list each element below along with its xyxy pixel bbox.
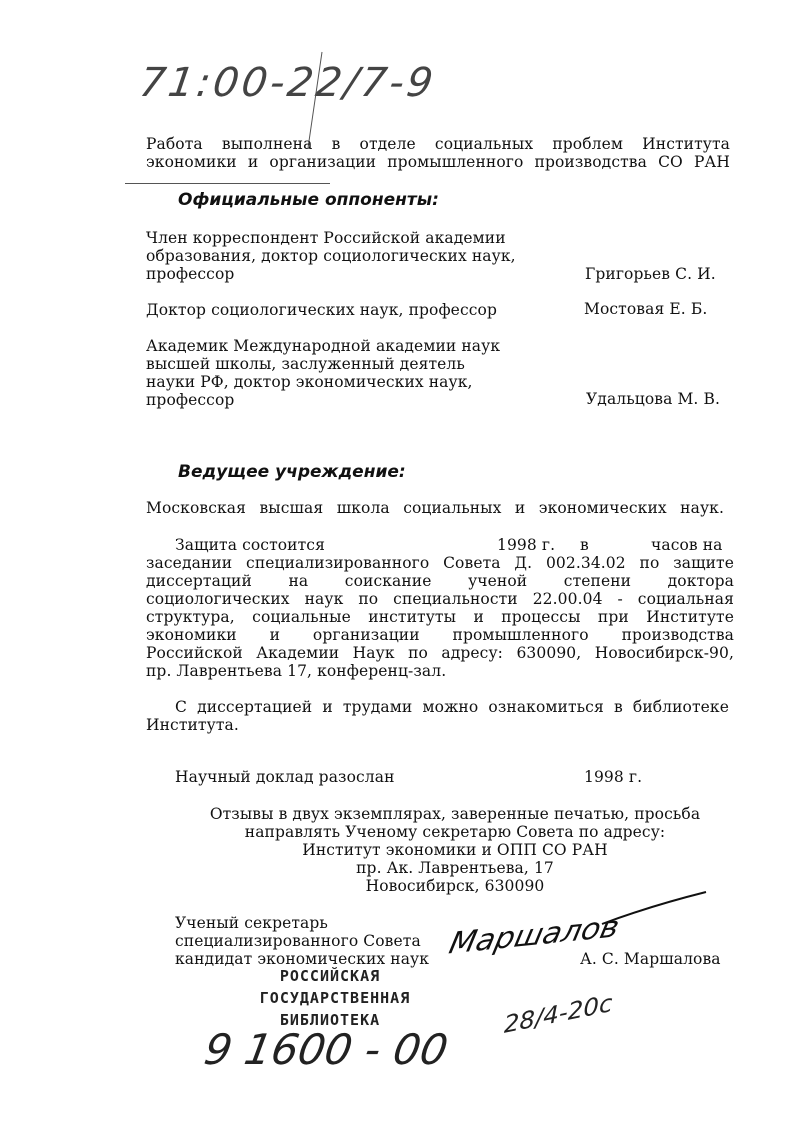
opponent-title-line: профессор: [146, 391, 234, 409]
library-line-1: С диссертацией и трудами можно ознакомит…: [175, 698, 729, 716]
defense-line: экономики и организации промышленного пр…: [146, 626, 734, 644]
library-stamp-line: РОССИЙСКАЯ: [250, 967, 410, 985]
leading-org-text: Московская высшая школа социальных и эко…: [146, 499, 724, 517]
opponent-title-line: науки РФ, доктор экономических наук,: [146, 373, 473, 391]
secretary-line: специализированного Совета: [175, 932, 421, 950]
defense-line: диссертаций на соискание ученой степени …: [146, 572, 734, 590]
opponent-name: Удальцова М. В.: [586, 390, 720, 408]
defense-last-line: пр. Лаврентьева 17, конференц-зал.: [146, 662, 446, 680]
opponents-heading: Официальные оппоненты:: [178, 190, 439, 210]
reviews-line: направлять Ученому секретарю Совета по а…: [150, 823, 760, 841]
defense-line: социологических наук по специальности 22…: [146, 590, 734, 608]
defense-first-a: Защита состоится: [175, 536, 325, 554]
handwritten-date: 28/4-20c: [504, 989, 613, 1038]
intro-line-1: Работа выполнена в отделе социальных про…: [146, 135, 730, 153]
reviews-line: Отзывы в двух экземплярах, заверенные пе…: [150, 805, 760, 823]
leading-org-heading: Ведущее учреждение:: [178, 462, 406, 482]
defense-line: Российской Академии Наук по адресу: 6300…: [146, 644, 734, 662]
library-stamp-line: ГОСУДАРСТВЕННАЯ: [230, 989, 440, 1007]
secretary-line: Ученый секретарь: [175, 914, 328, 932]
opponent-title-line: Член корреспондент Российской академии: [146, 229, 506, 247]
reviews-line: пр. Ак. Лаврентьева, 17: [150, 859, 760, 877]
opponent-title-line: высшей школы, заслуженный деятель: [146, 355, 465, 373]
report-year: 1998 г.: [584, 768, 642, 786]
defense-line: структура, социальные институты и процес…: [146, 608, 734, 626]
secretary-line: кандидат экономических наук: [175, 950, 429, 968]
defense-first-d: часов на: [651, 536, 723, 554]
opponent-name: Григорьев С. И.: [585, 265, 716, 283]
opponent-title-line: Академик Международной академии наук: [146, 337, 500, 355]
opponent-title-line: образования, доктор социологических наук…: [146, 247, 516, 265]
report-label: Научный доклад разослан: [175, 768, 395, 786]
divider-rule: [125, 183, 330, 184]
handwritten-code: 71:00-22/7-9: [137, 60, 439, 106]
defense-first-b: 1998 г.: [497, 536, 555, 554]
reviews-line: Институт экономики и ОПП СО РАН: [150, 841, 760, 859]
library-line-2: Института.: [146, 716, 239, 734]
opponent-title-line: профессор: [146, 265, 234, 283]
secretary-name: А. С. Маршалова: [580, 950, 721, 968]
opponent-name: Мостовая Е. Б.: [584, 300, 707, 318]
intro-line-2: экономики и организации промышленного пр…: [146, 153, 730, 171]
defense-first-c: в: [580, 536, 589, 554]
handwritten-library-number: 9 1600 - 00: [201, 1025, 452, 1074]
signature-flourish: [600, 888, 710, 928]
defense-line: заседании специализированного Совета Д. …: [146, 554, 734, 572]
opponent-title-line: Доктор социологических наук, профессор: [146, 301, 497, 319]
